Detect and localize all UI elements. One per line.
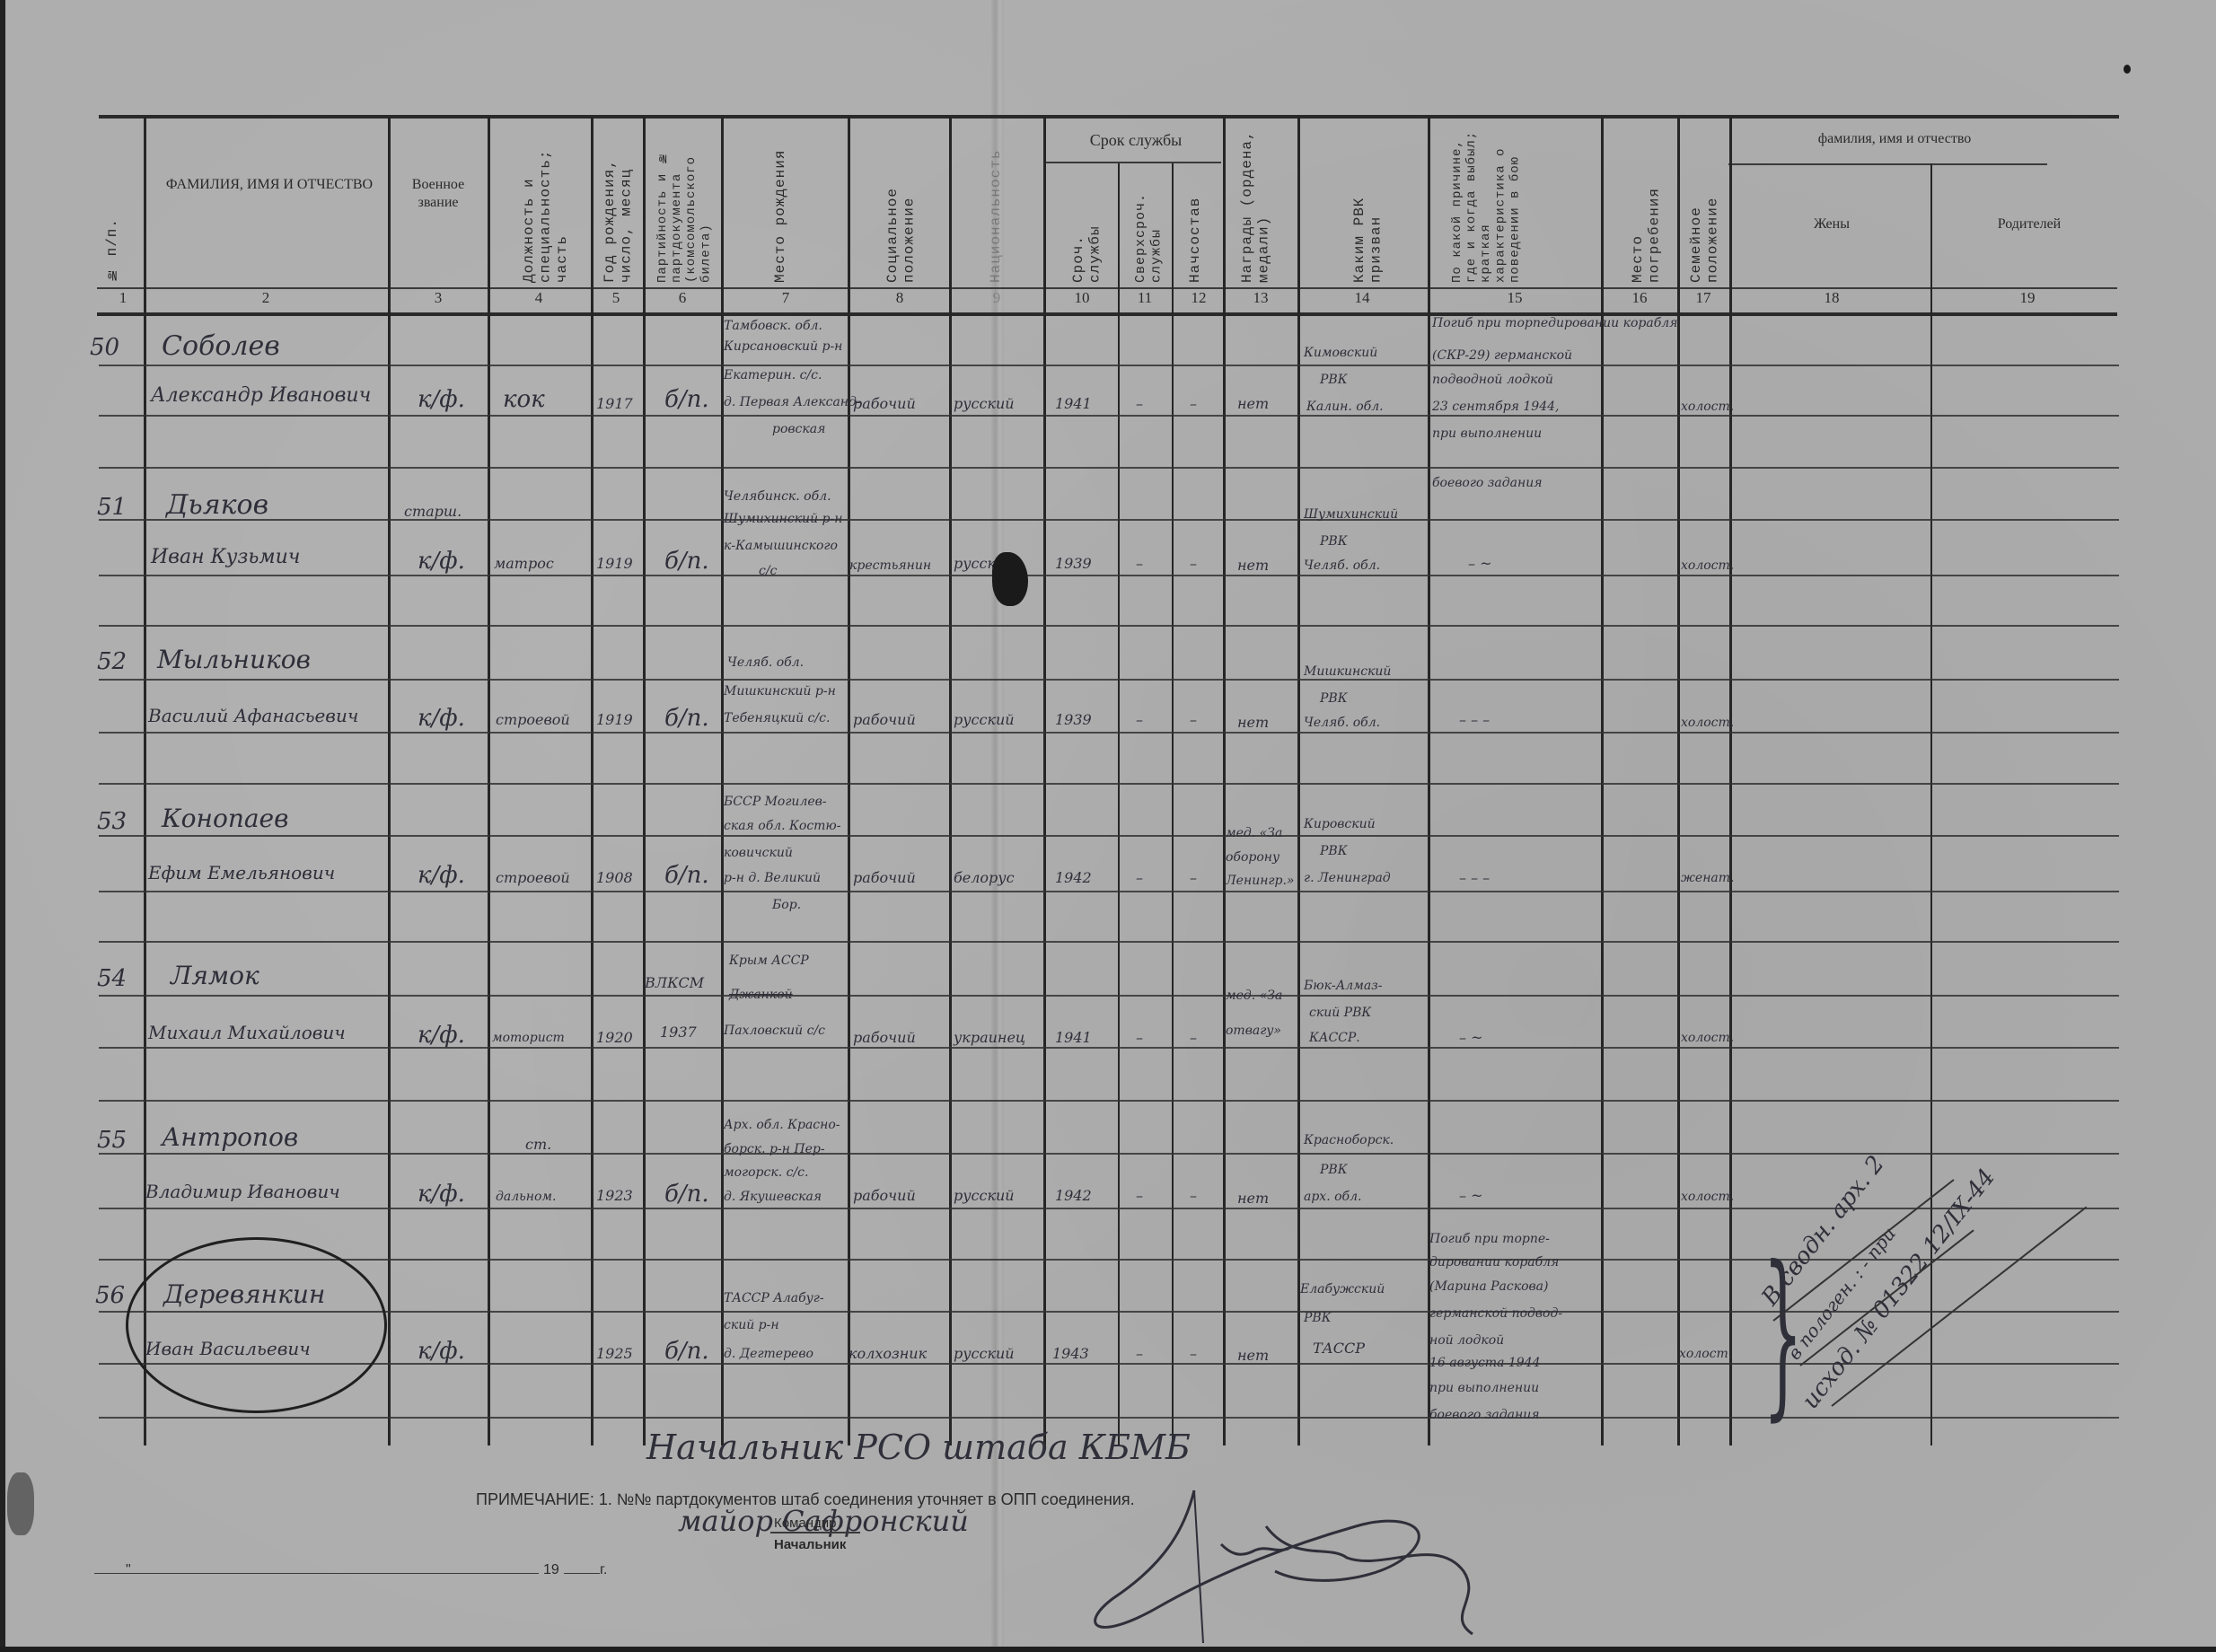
header-col-9: Национальность — [988, 162, 1004, 283]
command-staff: – — [1190, 869, 1197, 886]
col-num-5: 5 — [589, 289, 643, 307]
header-col-12: Начсостав — [1187, 189, 1203, 283]
nationality: русский — [954, 395, 1015, 412]
social-status: рабочий — [853, 1187, 916, 1204]
col-num-1: 1 — [96, 289, 150, 307]
birthplace-line: с/с — [759, 564, 777, 578]
header-col-3: Военное звание — [402, 176, 474, 212]
date-quote: " — [126, 1562, 131, 1578]
header-col-13: Награды (ордена, медали) — [1239, 130, 1272, 283]
birthplace-line: р-н д. Великий — [724, 871, 821, 885]
service-year: 1942 — [1055, 869, 1092, 886]
extended-service: – — [1136, 395, 1143, 412]
birthplace-line: Бор. — [772, 898, 801, 912]
awards: мед. «За отвагу» — [1226, 979, 1297, 1049]
position-top: ст. — [525, 1136, 551, 1153]
birthplace-line: ровская — [772, 422, 825, 436]
header-service-term: Срок службы — [1051, 130, 1221, 151]
cause-line: (Марина Раскова) — [1429, 1279, 1549, 1294]
col-num-10: 10 — [1055, 289, 1109, 307]
col-num-2: 2 — [239, 289, 293, 307]
birthplace-line: борск. р-н Пер- — [724, 1142, 825, 1156]
extended-service: – — [1136, 1345, 1143, 1362]
service-year: 1941 — [1055, 395, 1092, 412]
rvk-line: Шумихинский — [1304, 507, 1398, 522]
command-staff: – — [1190, 1187, 1197, 1204]
row-number: 54 — [97, 965, 127, 992]
header-col-19: Родителей — [1939, 215, 2119, 233]
col-num-17: 17 — [1676, 289, 1730, 307]
header-col-4: Должность и специальность; часть — [521, 126, 570, 283]
col-num-15: 15 — [1488, 289, 1542, 307]
col-divider — [721, 117, 724, 1445]
given-names: Иван Кузьмич — [151, 546, 300, 568]
header-col-6: Партийность и № партдокумента (комсомоль… — [655, 126, 713, 283]
birthplace-line: ТАССР Алабуг- — [724, 1291, 824, 1305]
row-rule — [99, 1417, 2119, 1419]
row-rule — [99, 365, 2119, 366]
relatives-rule — [1728, 163, 2047, 165]
awards: нет — [1237, 714, 1269, 731]
command-staff: – — [1190, 711, 1197, 728]
row-rule — [99, 519, 2119, 521]
row-rule — [99, 1153, 2119, 1155]
surname: Дьяков — [166, 489, 268, 521]
rvk-line: арх. обл. — [1304, 1190, 1361, 1204]
chief-label: Начальник — [774, 1537, 846, 1552]
row-rule — [99, 941, 2119, 943]
position: кок — [503, 386, 545, 413]
cause-line: Погиб при торпедировании корабля — [1432, 316, 1677, 330]
header-col-14: Каким РВК призван — [1351, 130, 1385, 283]
col-num-11: 11 — [1118, 289, 1172, 307]
given-names: Василий Афанасьевич — [148, 705, 358, 726]
cause-line: дировании корабля — [1429, 1255, 1559, 1270]
birthplace-line: к-Камышинского — [724, 539, 838, 553]
given-names: Ефим Емельянович — [148, 862, 335, 883]
row-rule — [99, 625, 2119, 627]
rank: к/ф. — [418, 862, 465, 889]
date-year: 19 — [543, 1562, 559, 1578]
extended-service: – — [1136, 711, 1143, 728]
rank-top: старш. — [404, 503, 462, 520]
col-num-18: 18 — [1805, 289, 1859, 307]
speck — [2124, 65, 2131, 74]
command-staff: – — [1190, 555, 1197, 572]
header-col-15: По какой причине, где и когда выбыл; кра… — [1450, 121, 1522, 283]
col-divider — [1118, 163, 1120, 1445]
rvk-line: РВК — [1320, 1163, 1348, 1177]
party: б/п. — [664, 862, 709, 889]
party: б/п. — [664, 1338, 709, 1365]
rvk-line: г. Ленинград — [1304, 871, 1391, 885]
col-num-6: 6 — [655, 289, 709, 307]
col-num-16: 16 — [1613, 289, 1666, 307]
rvk-line: ТАССР — [1313, 1340, 1365, 1357]
service-year: 1939 — [1055, 711, 1092, 728]
rvk-line: РВК — [1320, 534, 1348, 549]
party: б/п. — [664, 705, 709, 732]
birthplace-line: Кирсановский р-н — [724, 339, 842, 354]
birthplace-line: ский р-н — [724, 1318, 779, 1332]
signature-icon — [1060, 1472, 1616, 1652]
given-names: Михаил Михайлович — [148, 1022, 346, 1043]
document-page — [5, 0, 2216, 1652]
rvk-line: ский РВК — [1309, 1006, 1371, 1020]
header-col-2: ФАМИЛИЯ, ИМЯ И ОТЧЕСТВО — [162, 176, 377, 194]
header-col-5: Год рождения, число, месяц — [602, 153, 635, 283]
nationality: русский — [954, 711, 1015, 728]
service-year: 1939 — [1055, 555, 1092, 572]
given-names: Владимир Иванович — [145, 1181, 340, 1202]
family-status: холост. — [1679, 1347, 1732, 1361]
birth-year: 1917 — [596, 395, 633, 412]
birth-year: 1920 — [596, 1029, 633, 1046]
row-rule — [99, 1208, 2119, 1209]
family-status: холост. — [1681, 1031, 1734, 1045]
position: дальном. — [496, 1190, 556, 1204]
header-col-10: Сроч. службы — [1070, 171, 1104, 283]
col-divider — [643, 117, 646, 1445]
rank: к/ф. — [418, 1338, 465, 1365]
rvk-line: РВК — [1320, 691, 1348, 706]
row-rule — [99, 995, 2119, 997]
col-divider — [848, 117, 850, 1445]
given-names: Александр Иванович — [151, 384, 371, 407]
command-staff: – — [1190, 395, 1197, 412]
birthplace-line: Тебеняцкий с/с. — [724, 711, 830, 725]
col-num-14: 14 — [1335, 289, 1389, 307]
extended-service: – — [1136, 869, 1143, 886]
birthplace-line: Тамбовск. обл. — [724, 319, 822, 333]
rvk-line: Челяб. обл. — [1304, 558, 1380, 573]
col-divider — [1223, 117, 1226, 1445]
surname: Антропов — [162, 1122, 298, 1152]
title-divider — [770, 1532, 860, 1533]
birthplace-line: д. Дегтерево — [724, 1347, 813, 1361]
col-divider — [1172, 163, 1174, 1445]
extended-service: – — [1136, 1187, 1143, 1204]
family-status: холост. — [1681, 558, 1734, 573]
cause-line: при выполнении — [1429, 1381, 1539, 1395]
position: строевой — [496, 711, 570, 728]
command-staff: – — [1190, 1345, 1197, 1362]
col-num-13: 13 — [1234, 289, 1288, 307]
surname: Соболев — [162, 330, 280, 362]
row-rule — [99, 1100, 2119, 1102]
party: б/п. — [664, 1181, 709, 1208]
cause-line: – ~ — [1459, 1187, 1483, 1204]
position: моторист — [492, 1031, 565, 1045]
party: б/п. — [664, 548, 709, 575]
birthplace-line: Мишкинский р-н — [724, 684, 836, 699]
rvk-line: РВК — [1304, 1311, 1332, 1325]
row-number: 52 — [97, 648, 127, 675]
row-rule — [99, 732, 2119, 734]
birthplace-line: Челябинск. обл. — [724, 489, 831, 504]
row-rule — [99, 783, 2119, 785]
col-num-12: 12 — [1172, 289, 1226, 307]
header-col-7: Место рождения — [772, 144, 788, 283]
col-divider — [1297, 117, 1300, 1445]
social-status: рабочий — [853, 1029, 916, 1046]
family-status: холост. — [1681, 1190, 1734, 1204]
birthplace-line: ская обл. Костю- — [724, 819, 841, 833]
extended-service: – — [1136, 1029, 1143, 1046]
birthplace-line: БССР Могилев- — [724, 795, 827, 809]
commander-label: Командир — [774, 1516, 837, 1531]
cause-line: – ~ — [1459, 1029, 1483, 1046]
col-num-3: 3 — [411, 289, 465, 307]
row-rule — [99, 891, 2119, 892]
col-divider — [388, 117, 391, 1445]
row-number: 56 — [95, 1282, 125, 1309]
header-col-18: Жены — [1742, 215, 1921, 233]
cause-line: – ~ — [1468, 555, 1492, 572]
col-num-7: 7 — [759, 289, 813, 307]
social-status: крестьянин — [849, 558, 931, 573]
col-divider — [144, 117, 146, 1445]
awards: мед. «За оборону Ленингр.» — [1226, 822, 1297, 893]
row-rule — [99, 1047, 2119, 1049]
birthplace-line: д. Первая Александ- — [724, 395, 861, 409]
awards: нет — [1237, 395, 1269, 412]
row-rule — [99, 467, 2119, 469]
cause-line: ной лодкой — [1429, 1333, 1504, 1348]
col-divider — [488, 117, 490, 1445]
col-divider — [591, 117, 594, 1445]
rvk-line: Елабужский — [1300, 1282, 1385, 1296]
position: матрос — [494, 555, 554, 572]
col-divider — [1428, 117, 1430, 1445]
service-year: 1942 — [1055, 1187, 1092, 1204]
birth-year: 1923 — [596, 1187, 633, 1204]
nationality: украинец — [954, 1029, 1025, 1046]
extended-service: – — [1136, 555, 1143, 572]
row-number: 53 — [97, 808, 127, 835]
col-num-9: 9 — [970, 289, 1024, 307]
cause-line: 16 августа 1944 — [1429, 1356, 1541, 1370]
row-number: 50 — [90, 334, 119, 361]
rvk-line: Кировский — [1304, 817, 1376, 831]
social-status: рабочий — [853, 711, 916, 728]
birth-year: 1908 — [596, 869, 633, 886]
cause-line: боевого задания — [1432, 476, 1543, 490]
row-number: 51 — [97, 494, 127, 521]
family-status: холост. — [1681, 400, 1734, 414]
circled-entry — [126, 1237, 387, 1413]
social-status: рабочий — [853, 869, 916, 886]
birthplace-line: Челяб. обл. — [727, 655, 804, 670]
party-top: ВЛКСМ — [645, 974, 704, 991]
rvk-line: РВК — [1320, 373, 1348, 387]
awards: нет — [1237, 1190, 1269, 1207]
party: б/п. — [664, 386, 709, 413]
cause-line: германской подвод- — [1429, 1306, 1562, 1321]
nationality: русский — [954, 1187, 1015, 1204]
position: строевой — [496, 869, 570, 886]
nationality: русский — [954, 1345, 1015, 1362]
row-rule — [99, 575, 2119, 576]
row-rule — [99, 835, 2119, 837]
birthplace-line: ковичский — [724, 846, 793, 860]
rvk-line: Кимовский — [1304, 346, 1377, 360]
nationality: белорус — [954, 869, 1015, 886]
party: 1937 — [660, 1024, 697, 1041]
rvk-line: Калин. обл. — [1306, 400, 1384, 414]
row-rule — [99, 1363, 2119, 1365]
cause-line: (СКР-29) германской — [1432, 348, 1572, 363]
awards: нет — [1237, 1347, 1269, 1364]
birthplace-line: Пахловский с/с — [724, 1024, 825, 1038]
surname: Лямок — [171, 961, 259, 990]
row-number: 55 — [97, 1127, 127, 1154]
cause-line: подводной лодкой — [1432, 373, 1553, 387]
birthplace-line: Крым АССР — [729, 953, 809, 968]
rank: к/ф. — [418, 705, 465, 732]
service-year: 1941 — [1055, 1029, 1092, 1046]
family-status: холост. — [1681, 716, 1734, 730]
birth-year: 1919 — [596, 711, 633, 728]
rvk-line: Мишкинский — [1304, 664, 1391, 679]
command-staff: – — [1190, 1029, 1197, 1046]
date-year-line — [564, 1573, 600, 1574]
social-status: рабочий — [853, 395, 916, 412]
cause-line: – – – — [1459, 711, 1490, 728]
signatory-title: Начальник РСО штаба КБМБ — [646, 1428, 1191, 1467]
header-col-16: Место погребения — [1630, 135, 1663, 283]
cause-line: – – – — [1459, 869, 1490, 886]
cause-line: 23 сентября 1944, — [1432, 400, 1559, 414]
birthplace-line: могорск. с/с. — [724, 1165, 808, 1180]
birth-year: 1919 — [596, 555, 633, 572]
rvk-line: РВК — [1320, 844, 1348, 858]
rank: к/ф. — [418, 1022, 465, 1049]
service-term-rule — [1046, 162, 1221, 163]
cause-line: при выполнении — [1432, 426, 1542, 441]
page-edge — [0, 0, 5, 1652]
birthplace-line: Екатерин. с/с. — [724, 368, 822, 382]
table-top-rule — [99, 115, 2119, 119]
cause-line: Погиб при торпе- — [1429, 1232, 1550, 1246]
birthplace-line: Джанкой — [729, 988, 793, 1002]
col-num-19: 19 — [2001, 289, 2054, 307]
row-rule — [99, 679, 2119, 681]
birthplace-line: Шумихинский р-н — [724, 512, 842, 526]
header-col-11: Сверхсроч. службы — [1133, 180, 1165, 283]
col-num-4: 4 — [512, 289, 566, 307]
service-year: 1943 — [1052, 1345, 1089, 1362]
birth-year: 1925 — [596, 1345, 633, 1362]
cause-line: боевого задания — [1429, 1408, 1540, 1422]
birthplace-line: д. Якушевская — [724, 1190, 822, 1204]
rvk-line: Красноборск. — [1304, 1133, 1394, 1147]
rvk-line: Бюк-Алмаз- — [1304, 979, 1383, 993]
rvk-line: КАССР. — [1309, 1031, 1360, 1045]
surname: Конопаев — [162, 804, 288, 833]
page-edge-bottom — [0, 1647, 2216, 1652]
family-status: женат. — [1681, 871, 1735, 885]
date-line — [94, 1573, 539, 1574]
col-divider — [1043, 117, 1046, 1445]
header-col-8: Социальное положение — [884, 135, 918, 283]
rvk-line: Челяб. обл. — [1304, 716, 1380, 730]
rank: к/ф. — [418, 548, 465, 575]
birthplace-line: Арх. обл. Красно- — [724, 1118, 840, 1132]
rank: к/ф. — [418, 386, 465, 413]
col-divider — [1729, 117, 1732, 1445]
stain — [7, 1472, 34, 1535]
awards: нет — [1237, 557, 1269, 574]
surname: Мыльников — [157, 645, 311, 674]
header-relatives: фамилия, имя и отчество — [1742, 130, 2047, 148]
header-col-1: № п/п. — [104, 180, 120, 283]
row-rule — [99, 415, 2119, 417]
social-status: колхозник — [849, 1345, 927, 1362]
date-suffix: г. — [600, 1562, 607, 1578]
rank: к/ф. — [418, 1181, 465, 1208]
header-bottom-rule — [97, 312, 2117, 316]
col-num-8: 8 — [873, 289, 927, 307]
col-divider — [949, 117, 952, 1445]
header-col-17: Семейное положение — [1688, 135, 1721, 283]
